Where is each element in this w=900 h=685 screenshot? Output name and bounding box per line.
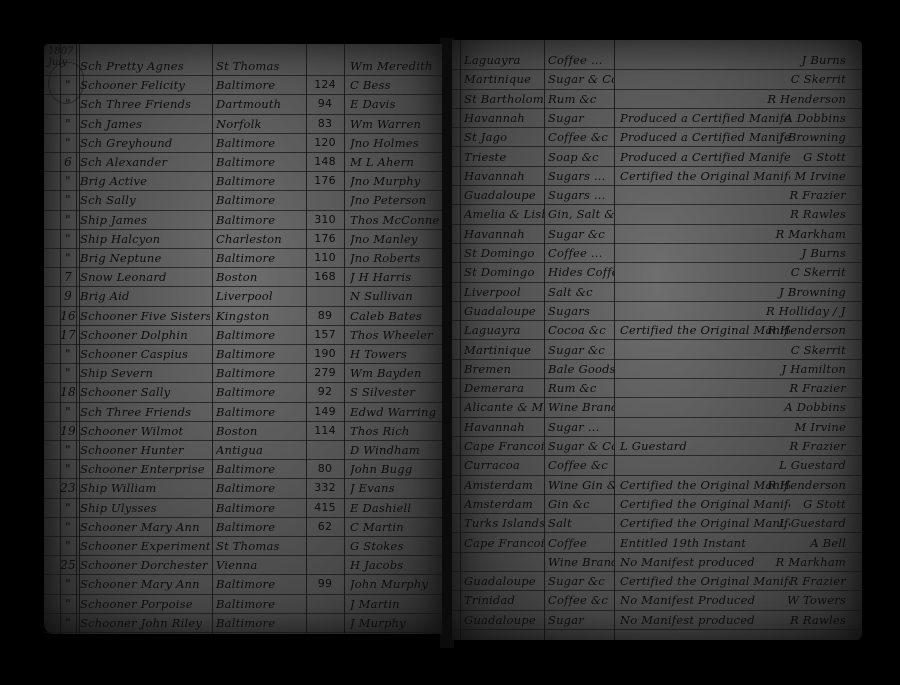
ledger-row: Amelia & LisbonGin, Salt &cR Rawles [452, 204, 862, 224]
ledger-row: "Ship HalcyonCharleston176Jno Manley [44, 229, 442, 249]
ledger-row: 7Snow LeonardBoston168J H Harris [44, 267, 442, 287]
day-cell: " [60, 405, 76, 419]
remarks-cell: Produced a Certified Manifest [620, 130, 790, 144]
vessel-cell: Brig Neptune [80, 251, 210, 265]
ledger-row: HavannahSugarProduced a Certified Manife… [452, 108, 862, 128]
cargo-cell: Wine Brandy &c [548, 555, 614, 569]
origin-cell: Baltimore [216, 193, 304, 207]
vessel-cell: Sch Sally [80, 193, 210, 207]
origin-cell: Baltimore [216, 136, 304, 150]
tons-cell: 99 [306, 577, 344, 590]
cargo-cell: Coffee ... [548, 53, 614, 67]
ledger-row: 16Schooner Five SistersKingston89Caleb B… [44, 306, 442, 326]
port-cell: Curracoa [464, 458, 544, 472]
ledger-row: Sch Pretty AgnesSt ThomasWm Meredith [44, 56, 442, 76]
master-cell: E Davis [350, 97, 440, 111]
day-cell: " [60, 366, 76, 380]
vessel-cell: Ship William [80, 481, 210, 495]
signature-cell: R Frazier [766, 574, 846, 588]
origin-cell: Baltimore [216, 616, 304, 630]
cargo-cell: Sugar & Coffee [548, 72, 614, 86]
origin-cell: Baltimore [216, 328, 304, 342]
cargo-cell: Soap &c [548, 150, 614, 164]
day-cell: " [60, 616, 76, 630]
signature-cell: G Stott [766, 497, 846, 511]
tons-cell: 124 [306, 78, 344, 91]
vessel-cell: Brig Aid [80, 289, 210, 303]
port-cell: Bremen [464, 362, 544, 376]
tons-cell: 148 [306, 155, 344, 168]
signature-cell: M Irvine [766, 169, 846, 183]
day-cell: 19 [60, 424, 76, 438]
master-cell: E Dashiell [350, 501, 440, 515]
signature-cell: J Hamilton [766, 362, 846, 376]
ledger-row: HavannahSugar &cR Markham [452, 224, 862, 244]
master-cell: Jno Roberts [350, 251, 440, 265]
origin-cell: Vienna [216, 558, 304, 572]
ledger-row: GuadaloupeSugarsR Holliday / J Hopper [452, 301, 862, 321]
remarks-cell: Certified the Original Manifest [620, 323, 790, 337]
vessel-cell: Sch Greyhound [80, 136, 210, 150]
ledger-row: TrinidadCoffee &cNo Manifest ProducedW T… [452, 590, 862, 610]
left-ledger-page: 1807 July Sch Pretty AgnesSt ThomasWm Me… [44, 44, 442, 634]
ledger-row: GuadaloupeSugar &cCertified the Original… [452, 571, 862, 591]
signature-cell: J Browning [766, 130, 846, 144]
ledger-row: HavannahSugars ...Certified the Original… [452, 166, 862, 186]
master-cell: Thos Rich [350, 424, 440, 438]
vessel-cell: Schooner Porpoise [80, 597, 210, 611]
master-cell: J Murphy [350, 616, 440, 630]
ledger-row: BremenBale GoodsJ Hamilton [452, 359, 862, 379]
tons-cell: 110 [306, 251, 344, 264]
tons-cell: 80 [306, 462, 344, 475]
signature-cell: W Towers [766, 593, 846, 607]
signature-cell: C Skerrit [766, 265, 846, 279]
port-cell: Amsterdam [464, 497, 544, 511]
tons-cell: 168 [306, 270, 344, 283]
signature-cell: L Guestard [766, 458, 846, 472]
vessel-cell: Schooner Dolphin [80, 328, 210, 342]
cargo-cell: Cocoa &c [548, 323, 614, 337]
day-cell: 18 [60, 385, 76, 399]
ledger-row: Alicante & MalagaWine Brandy &cA Dobbins [452, 397, 862, 417]
origin-cell: Baltimore [216, 577, 304, 591]
ledger-row: AmsterdamWine Gin &cCertified the Origin… [452, 475, 862, 495]
day-cell: " [60, 520, 76, 534]
vessel-cell: Schooner Mary Ann [80, 577, 210, 591]
tons-cell: 279 [306, 366, 344, 379]
origin-cell: Dartmouth [216, 97, 304, 111]
cargo-cell: Rum &c [548, 92, 614, 106]
tons-cell: 176 [306, 174, 344, 187]
ledger-row: AmsterdamGin &cCertified the Original Ma… [452, 494, 862, 514]
cargo-cell: Coffee &c [548, 458, 614, 472]
master-cell: Thos McConnell [350, 213, 440, 227]
origin-cell: Baltimore [216, 347, 304, 361]
vessel-cell: Sch Three Friends [80, 97, 210, 111]
origin-cell: Charleston [216, 232, 304, 246]
master-cell: N Sullivan [350, 289, 440, 303]
cargo-cell: Coffee [548, 536, 614, 550]
day-cell: " [60, 174, 76, 188]
ledger-row: "Ship JamesBaltimore310Thos McConnell [44, 210, 442, 230]
cargo-cell: Hides Coffee &c [548, 265, 614, 279]
origin-cell: Boston [216, 424, 304, 438]
master-cell: J Evans [350, 481, 440, 495]
origin-cell: Boston [216, 270, 304, 284]
signature-cell: R Frazier [766, 381, 846, 395]
signature-cell: C Skerrit [766, 72, 846, 86]
origin-cell: Antigua [216, 443, 304, 457]
right-ledger-page: LaguayraCoffee ...J BurnsMartiniqueSugar… [452, 40, 862, 640]
port-cell: Alicante & Malaga [464, 400, 544, 414]
ledger-row: "Schooner John RileyBaltimoreJ Murphy [44, 613, 442, 633]
signature-cell: L Guestard [766, 516, 846, 530]
cargo-cell: Gin &c [548, 497, 614, 511]
master-cell: G Stokes [350, 539, 440, 553]
remarks-cell: Certified the Original Manifest [620, 574, 790, 588]
master-cell: J H Harris [350, 270, 440, 284]
port-cell: Martinique [464, 343, 544, 357]
ledger-row: "Ship UlyssesBaltimore415E Dashiell [44, 498, 442, 518]
ledger-row: "Schooner HunterAntiguaD Windham [44, 440, 442, 460]
vessel-cell: Schooner Sally [80, 385, 210, 399]
tons-cell: 89 [306, 309, 344, 322]
cargo-cell: Salt &c [548, 285, 614, 299]
tons-cell: 114 [306, 424, 344, 437]
ledger-row: "Schooner Mary AnnBaltimore99John Murphy [44, 574, 442, 594]
origin-cell: Baltimore [216, 213, 304, 227]
cargo-cell: Sugar &c [548, 227, 614, 241]
port-cell: Havannah [464, 169, 544, 183]
ledger-row: Wine Brandy &cNo Manifest producedR Mark… [452, 552, 862, 572]
origin-cell: St Thomas [216, 59, 304, 73]
signature-cell: R Holliday / J Hopper [766, 304, 846, 318]
origin-cell: Baltimore [216, 405, 304, 419]
cargo-cell: Salt [548, 516, 614, 530]
ledger-row: 25Schooner DorchesterViennaH Jacobs [44, 555, 442, 575]
day-cell: 7 [60, 270, 76, 284]
signature-cell: R Frazier [766, 439, 846, 453]
port-cell: Cape Francois [464, 536, 544, 550]
origin-cell: Baltimore [216, 597, 304, 611]
ledger-row: GuadaloupeSugars ...R Frazier [452, 185, 862, 205]
ledger-row: "Schooner PorpoiseBaltimoreJ Martin [44, 594, 442, 614]
vessel-cell: Ship Severn [80, 366, 210, 380]
vessel-cell: Sch Three Friends [80, 405, 210, 419]
tons-cell: 415 [306, 501, 344, 514]
port-cell: St Jago [464, 130, 544, 144]
ledger-row: MartiniqueSugar & CoffeeC Skerrit [452, 69, 862, 89]
vessel-cell: Schooner Enterprise [80, 462, 210, 476]
ledger-row: 18Schooner SallyBaltimore92S Silvester [44, 382, 442, 402]
tons-cell: 157 [306, 328, 344, 341]
cargo-cell: Wine Gin &c [548, 478, 614, 492]
day-cell: " [60, 213, 76, 227]
remarks-cell: No Manifest produced [620, 555, 790, 569]
cargo-cell: Sugar [548, 613, 614, 627]
port-cell: Guadaloupe [464, 574, 544, 588]
ledger-row: "Schooner Mary AnnBaltimore62C Martin [44, 517, 442, 537]
day-cell: 6 [60, 155, 76, 169]
day-cell: 16 [60, 309, 76, 323]
ledger-row: "Schooner EnterpriseBaltimore80John Bugg [44, 459, 442, 479]
signature-cell: J Burns [766, 53, 846, 67]
origin-cell: Baltimore [216, 366, 304, 380]
origin-cell: Baltimore [216, 78, 304, 92]
origin-cell: Baltimore [216, 481, 304, 495]
origin-cell: Baltimore [216, 174, 304, 188]
master-cell: J Martin [350, 597, 440, 611]
signature-cell: C Skerrit [766, 343, 846, 357]
tons-cell: 120 [306, 136, 344, 149]
origin-cell: Baltimore [216, 520, 304, 534]
remarks-cell: Produced a Certified Manifest [620, 111, 790, 125]
master-cell: C Martin [350, 520, 440, 534]
tons-cell: 62 [306, 520, 344, 533]
signature-cell: R Henderson [766, 323, 846, 337]
port-cell: Trinidad [464, 593, 544, 607]
day-cell: " [60, 462, 76, 476]
day-cell: " [60, 78, 76, 92]
remarks-cell: Certified the Original Manifest [620, 516, 790, 530]
origin-cell: Norfolk [216, 117, 304, 131]
master-cell: M L Ahern [350, 155, 440, 169]
port-cell: Martinique [464, 72, 544, 86]
port-cell: Havannah [464, 111, 544, 125]
cargo-cell: Bale Goods [548, 362, 614, 376]
remarks-cell: Certified the Original Manifest [620, 169, 790, 183]
ledger-row: 23Ship WilliamBaltimore332J Evans [44, 478, 442, 498]
day-cell: " [60, 117, 76, 131]
vessel-cell: Schooner John Riley [80, 616, 210, 630]
vessel-cell: Snow Leonard [80, 270, 210, 284]
ledger-row: TriesteSoap &cProduced a Certified Manif… [452, 147, 862, 167]
master-cell: H Towers [350, 347, 440, 361]
port-cell: St Bartholomew [464, 92, 544, 106]
master-cell: Caleb Bates [350, 309, 440, 323]
cargo-cell: Coffee &c [548, 593, 614, 607]
cargo-cell: Sugars [548, 304, 614, 318]
origin-cell: Baltimore [216, 462, 304, 476]
signature-cell: A Dobbins [766, 111, 846, 125]
tons-cell: 83 [306, 117, 344, 130]
ledger-row: LiverpoolSalt &cJ Browning [452, 282, 862, 302]
signature-cell: R Frazier [766, 188, 846, 202]
signature-cell: R Henderson [766, 478, 846, 492]
signature-cell: R Markham [766, 227, 846, 241]
signature-cell: R Markham [766, 555, 846, 569]
signature-cell: J Browning [766, 285, 846, 299]
vessel-cell: Schooner Mary Ann [80, 520, 210, 534]
vessel-cell: Schooner Felicity [80, 78, 210, 92]
day-cell: " [60, 539, 76, 553]
ledger-row: "Sch Three FriendsBaltimore149Edwd Warri… [44, 402, 442, 422]
signature-cell: R Henderson [766, 92, 846, 106]
day-cell: " [60, 443, 76, 457]
tons-cell: 332 [306, 481, 344, 494]
ledger-row: "Sch SallyBaltimoreJno Peterson [44, 190, 442, 210]
cargo-cell: Sugar & Coffee [548, 439, 614, 453]
vessel-cell: Ship Halcyon [80, 232, 210, 246]
day-cell: " [60, 597, 76, 611]
origin-cell: Baltimore [216, 501, 304, 515]
ledger-row: St DomingoHides Coffee &cC Skerrit [452, 262, 862, 282]
origin-cell: Liverpool [216, 289, 304, 303]
day-cell: " [60, 232, 76, 246]
master-cell: S Silvester [350, 385, 440, 399]
day-cell: " [60, 97, 76, 111]
ledger-row: 9Brig AidLiverpoolN Sullivan [44, 286, 442, 306]
signature-cell: A Dobbins [766, 400, 846, 414]
origin-cell: Baltimore [216, 385, 304, 399]
port-cell: Guadaloupe [464, 188, 544, 202]
master-cell: H Jacobs [350, 558, 440, 572]
port-cell: Havannah [464, 420, 544, 434]
vessel-cell: Sch Pretty Agnes [80, 59, 210, 73]
port-cell: Laguayra [464, 323, 544, 337]
ledger-row: 6Sch AlexanderBaltimore148M L Ahern [44, 152, 442, 172]
origin-cell: Baltimore [216, 251, 304, 265]
master-cell: Jno Peterson [350, 193, 440, 207]
remarks-cell: No Manifest produced [620, 613, 790, 627]
cargo-cell: Sugar ... [548, 420, 614, 434]
ledger-row: MartiniqueSugar &cC Skerrit [452, 340, 862, 360]
master-cell: D Windham [350, 443, 440, 457]
day-cell: 17 [60, 328, 76, 342]
port-cell: Guadaloupe [464, 304, 544, 318]
vessel-cell: Schooner Caspius [80, 347, 210, 361]
remarks-cell: Certified the Original Manifest [620, 497, 790, 511]
master-cell: Jno Murphy [350, 174, 440, 188]
master-cell: Jno Holmes [350, 136, 440, 150]
vessel-cell: Brig Active [80, 174, 210, 188]
master-cell: John Bugg [350, 462, 440, 476]
ledger-row: St DomingoCoffee ...J Burns [452, 243, 862, 263]
port-cell: Liverpool [464, 285, 544, 299]
remarks-cell: Produced a Certified Manifest [620, 150, 790, 164]
port-cell: Turks Islands [464, 516, 544, 530]
ledger-row: "Sch Three FriendsDartmouth94E Davis [44, 94, 442, 114]
ledger-row: GuadaloupeSugarNo Manifest producedR Raw… [452, 610, 862, 630]
tons-cell: 310 [306, 213, 344, 226]
tons-cell: 92 [306, 385, 344, 398]
ledger-row: "Brig ActiveBaltimore176Jno Murphy [44, 171, 442, 191]
day-cell: 9 [60, 289, 76, 303]
port-cell: Havannah [464, 227, 544, 241]
master-cell: Jno Manley [350, 232, 440, 246]
ledger-row: "Schooner ExperimentSt ThomasG Stokes [44, 536, 442, 556]
ledger-row: CurracoaCoffee &cL Guestard [452, 455, 862, 475]
cargo-cell: Sugar [548, 111, 614, 125]
tons-cell: 94 [306, 97, 344, 110]
signature-cell: R Rawles [766, 613, 846, 627]
signature-cell: J Burns [766, 246, 846, 260]
vessel-cell: Ship James [80, 213, 210, 227]
cargo-cell: Sugars ... [548, 169, 614, 183]
cargo-cell: Gin, Salt &c [548, 207, 614, 221]
ledger-row: St BartholomewRum &cR Henderson [452, 89, 862, 109]
vessel-cell: Sch James [80, 117, 210, 131]
master-cell: C Bess [350, 78, 440, 92]
vessel-cell: Schooner Wilmot [80, 424, 210, 438]
remarks-cell: Entitled 19th Instant [620, 536, 790, 550]
signature-cell: M Irvine [766, 420, 846, 434]
signature-cell: R Rawles [766, 207, 846, 221]
ledger-row: "Sch GreyhoundBaltimore120Jno Holmes [44, 133, 442, 153]
cargo-cell: Sugar &c [548, 343, 614, 357]
ledger-row: 19Schooner WilmotBoston114Thos Rich [44, 421, 442, 441]
day-cell: " [60, 577, 76, 591]
ledger-row: "Ship SevernBaltimore279Wm Bayden [44, 363, 442, 383]
ledger-row: "Schooner CaspiusBaltimore190H Towers [44, 344, 442, 364]
vessel-cell: Schooner Dorchester [80, 558, 210, 572]
tons-cell: 176 [306, 232, 344, 245]
day-cell: 25 [60, 558, 76, 572]
port-cell: St Domingo [464, 246, 544, 260]
master-cell: Thos Wheeler [350, 328, 440, 342]
port-cell: Amelia & Lisbon [464, 207, 544, 221]
master-cell: Wm Warren [350, 117, 440, 131]
signature-cell: G Stott [766, 150, 846, 164]
ledger-row: Cape FrancoisCoffeeEntitled 19th Instant… [452, 533, 862, 553]
remarks-cell: L Guestard [620, 439, 790, 453]
ledger-row: LaguayraCoffee ...J Burns [452, 50, 862, 70]
port-cell: Laguayra [464, 53, 544, 67]
ledger-row: "Schooner FelicityBaltimore124C Bess [44, 75, 442, 95]
day-cell: " [60, 193, 76, 207]
cargo-cell: Sugars ... [548, 188, 614, 202]
tons-cell: 149 [306, 405, 344, 418]
day-cell: " [60, 501, 76, 515]
ledger-row: LaguayraCocoa &cCertified the Original M… [452, 320, 862, 340]
vessel-cell: Schooner Experiment [80, 539, 210, 553]
remarks-cell: Certified the Original Manifest [620, 478, 790, 492]
vessel-cell: Schooner Five Sisters [80, 309, 210, 323]
vessel-cell: Ship Ulysses [80, 501, 210, 515]
port-cell: St Domingo [464, 265, 544, 279]
origin-cell: Kingston [216, 309, 304, 323]
tons-cell: 190 [306, 347, 344, 360]
remarks-cell: No Manifest Produced [620, 593, 790, 607]
port-cell: Demerara [464, 381, 544, 395]
port-cell: Guadaloupe [464, 613, 544, 627]
ledger-row: 17Schooner DolphinBaltimore157Thos Wheel… [44, 325, 442, 345]
ledger-row: "Brig NeptuneBaltimore110Jno Roberts [44, 248, 442, 268]
day-cell: " [60, 136, 76, 150]
day-cell: " [60, 251, 76, 265]
master-cell: Wm Bayden [350, 366, 440, 380]
ledger-row: Turks IslandsSaltCertified the Original … [452, 513, 862, 533]
vessel-cell: Sch Alexander [80, 155, 210, 169]
ledger-row: DemeraraRum &cR Frazier [452, 378, 862, 398]
port-cell: Trieste [464, 150, 544, 164]
day-cell: " [60, 347, 76, 361]
cargo-cell: Wine Brandy &c [548, 400, 614, 414]
origin-cell: St Thomas [216, 539, 304, 553]
ledger-row: "Sch JamesNorfolk83Wm Warren [44, 114, 442, 134]
port-cell: Cape Francois [464, 439, 544, 453]
vessel-cell: Schooner Hunter [80, 443, 210, 457]
master-cell: Edwd Warring [350, 405, 440, 419]
day-cell: 23 [60, 481, 76, 495]
port-cell: Amsterdam [464, 478, 544, 492]
signature-cell: A Bell [766, 536, 846, 550]
cargo-cell: Coffee ... [548, 246, 614, 260]
ledger-row: Cape FrancoisSugar & CoffeeL GuestardR F… [452, 436, 862, 456]
ledger-row: HavannahSugar ...M Irvine [452, 417, 862, 437]
master-cell: Wm Meredith [350, 59, 440, 73]
